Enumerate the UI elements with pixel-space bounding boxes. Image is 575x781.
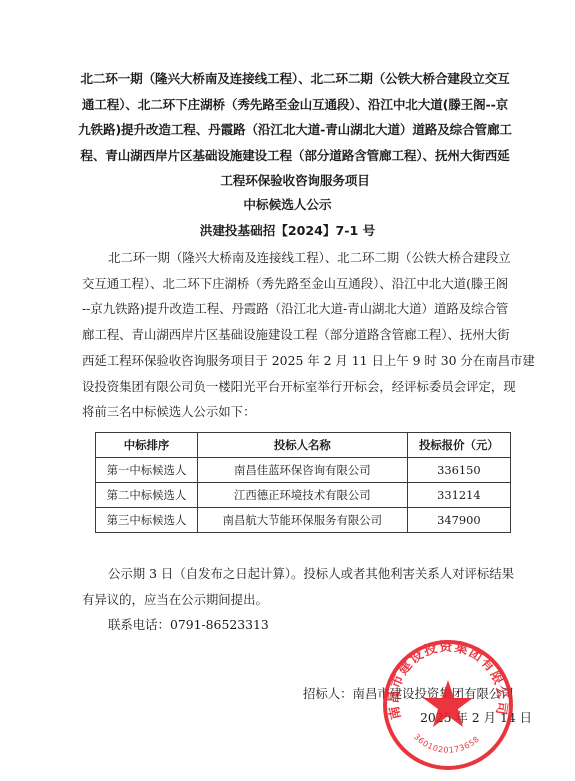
header-bid-price: 投标报价（元）: [407, 433, 510, 458]
notice-title: 中标候选人公示: [0, 194, 575, 213]
table-row: 第三中标候选人 南昌航大节能环保服务有限公司 347900: [96, 508, 511, 533]
document-page: 北二环一期（隆兴大桥南及连接线工程）、北二环二期（公铁大桥合建段立交互 通工程）…: [0, 0, 575, 781]
header-rank: 中标排序: [96, 433, 198, 458]
body-line: --京九铁路)提升改造工程、丹霞路（沿江北大道-青山湖北大道）道路及综合管: [82, 296, 514, 322]
seal-code: 3601020173658: [412, 732, 481, 755]
contact-phone: 联系电话：0791-86523313: [82, 612, 514, 638]
body-line: 设投资集团有限公司负一楼阳光平台开标室举行开标会，经评标委员会评定，现: [82, 374, 514, 400]
body-line: 廊工程、青山湖西岸片区基础设施建设工程（部分道路含管廊工程）、抚州大街: [82, 322, 514, 348]
project-title-line: 工程环保验收咨询服务项目: [76, 168, 514, 194]
cell-bid-price: 331214: [407, 483, 510, 508]
notice-footer: 公示期 3 日（自发布之日起计算）。投标人或者其他利害关系人对评标结果 有异议的…: [82, 561, 514, 638]
svg-text:3601020173658: 3601020173658: [412, 732, 481, 755]
cell-rank: 第三中标候选人: [96, 508, 198, 533]
notice-code: 洪建投基础招【2024】7-1 号: [0, 220, 575, 239]
issuer-signature: 招标人：南昌市建设投资集团有限公司: [303, 684, 514, 702]
table-row: 第一中标候选人 南昌佳蓝环保咨询有限公司 336150: [96, 458, 511, 483]
table-header-row: 中标排序 投标人名称 投标报价（元）: [96, 433, 511, 458]
cell-bid-price: 336150: [407, 458, 510, 483]
cell-bid-price: 347900: [407, 508, 510, 533]
cell-bidder-name: 江西德正环境技术有限公司: [197, 483, 407, 508]
table-row: 第二中标候选人 江西德正环境技术有限公司 331214: [96, 483, 511, 508]
cell-bidder-name: 南昌航大节能环保服务有限公司: [197, 508, 407, 533]
body-line: 交互通工程）、北二环下庄湖桥（秀先路至金山互通段）、沿江中北大道(滕王阁: [82, 271, 514, 297]
project-title-line: 通工程）、北二环下庄湖桥（秀先路至金山互通段）、沿江中北大道(滕王阁--京: [76, 92, 514, 118]
body-line: 北二环一期（隆兴大桥南及连接线工程）、北二环二期（公铁大桥合建段立: [82, 245, 514, 271]
body-line: 西延工程环保验收咨询服务项目于 2025 年 2 月 11 日上午 9 时 30…: [82, 348, 514, 374]
issue-date: 2025 年 2 月 14 日: [420, 708, 532, 726]
official-seal-icon: 南昌市建设投资集团有限公司 3601020173658: [381, 638, 515, 772]
cell-rank: 第一中标候选人: [96, 458, 198, 483]
cell-rank: 第二中标候选人: [96, 483, 198, 508]
header-bidder-name: 投标人名称: [197, 433, 407, 458]
project-title-line: 九铁路)提升改造工程、丹霞路（沿江北大道-青山湖北大道）道路及综合管廊工: [76, 117, 514, 143]
notice-body: 北二环一期（隆兴大桥南及连接线工程）、北二环二期（公铁大桥合建段立 交互通工程）…: [82, 245, 514, 425]
objection-text: 有异议的，应当在公示期间提出。: [82, 587, 514, 613]
project-title: 北二环一期（隆兴大桥南及连接线工程）、北二环二期（公铁大桥合建段立交互 通工程）…: [76, 66, 514, 194]
body-line: 将前三名中标候选人公示如下：: [82, 399, 514, 425]
cell-bidder-name: 南昌佳蓝环保咨询有限公司: [197, 458, 407, 483]
project-title-line: 程、青山湖西岸片区基础设施建设工程（部分道路含管廊工程）、抚州大街西延: [76, 143, 514, 169]
candidates-table: 中标排序 投标人名称 投标报价（元） 第一中标候选人 南昌佳蓝环保咨询有限公司 …: [95, 432, 511, 533]
publicity-period-text: 公示期 3 日（自发布之日起计算）。投标人或者其他利害关系人对评标结果: [82, 561, 514, 587]
project-title-line: 北二环一期（隆兴大桥南及连接线工程）、北二环二期（公铁大桥合建段立交互: [76, 66, 514, 92]
